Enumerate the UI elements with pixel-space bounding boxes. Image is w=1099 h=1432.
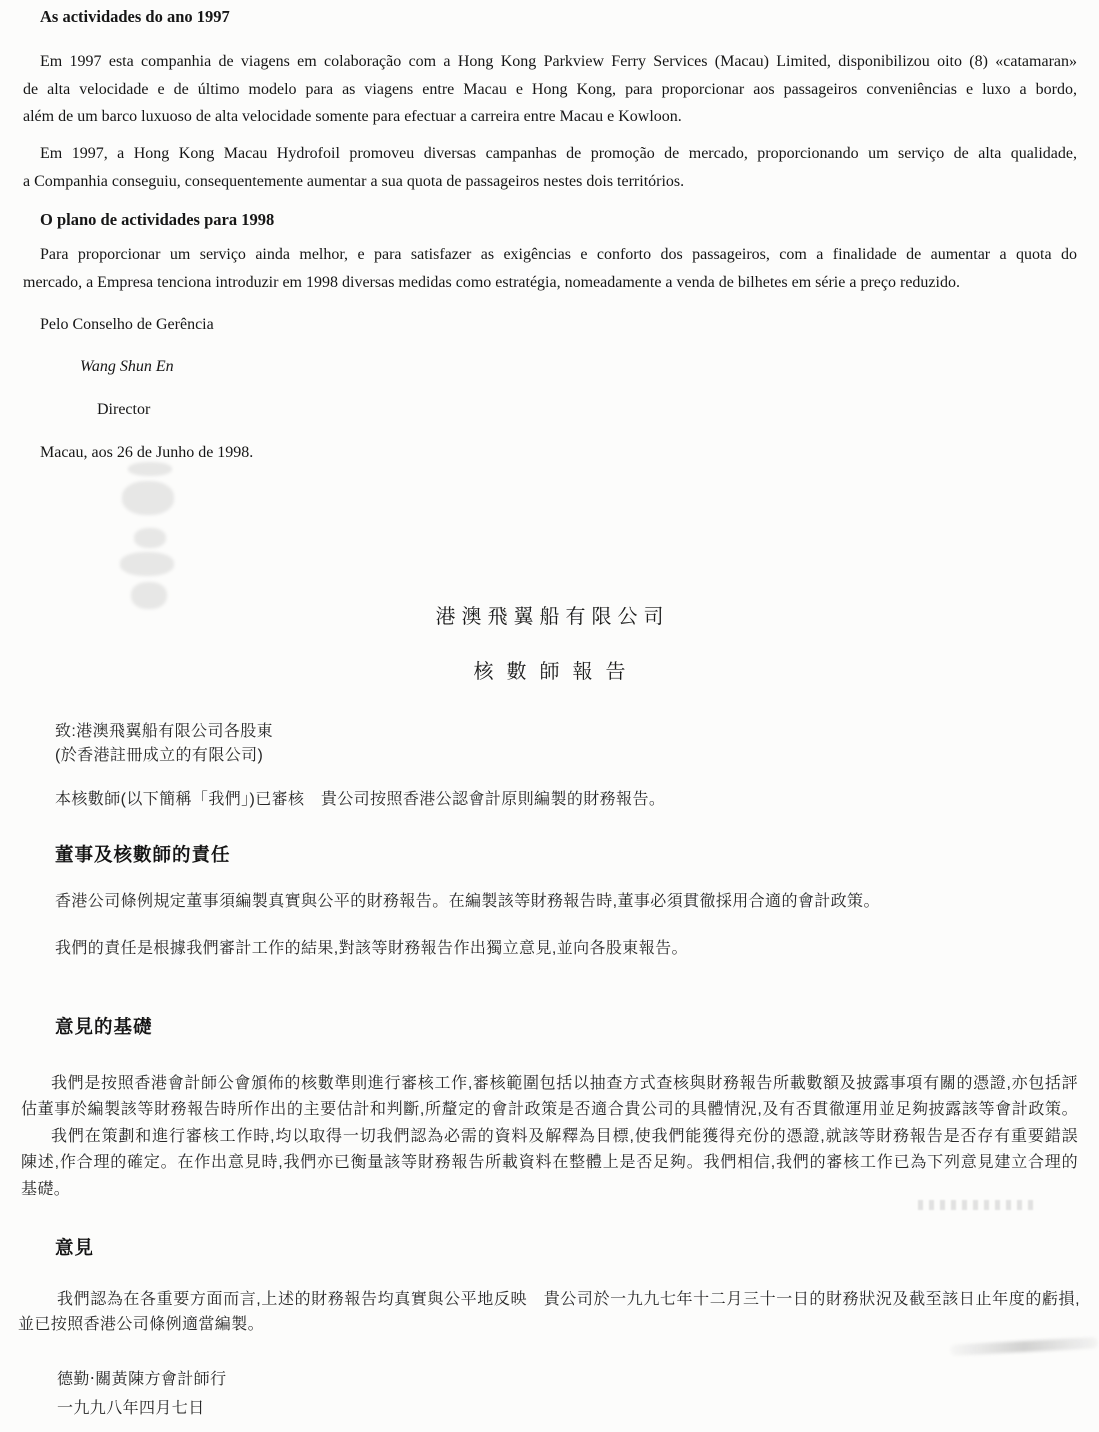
zh-basis-p1: 我們是按照香港會計師公會頒佈的核數準則進行審核工作,審核範圍包括以抽查方式查核與…: [21, 1071, 1078, 1124]
zh-basis-p1-line-2: 估董事於編製該等財務報告時所作出的主要估計和判斷,所釐定的會計政策是否適合貴公司…: [21, 1097, 1078, 1123]
zh-heading-basis-of-opinion: 意見的基礎: [55, 1015, 153, 1039]
zh-basis-paragraphs: 我們是按照香港會計師公會頒佈的核數準則進行審核工作,審核範圍包括以抽查方式查核與…: [21, 1071, 1078, 1203]
scan-artifact-smudge-2: [122, 481, 174, 515]
zh-heading-responsibilities: 董事及核數師的責任: [55, 843, 231, 867]
pt-p2-line-2: a Companhia conseguiu, consequentemente …: [23, 168, 1077, 196]
scan-artifact-streak: [950, 1337, 1098, 1356]
pt-p3-line-2: mercado, a Empresa tenciona introduzir e…: [23, 269, 1077, 297]
pt-heading-activities-1997: As actividades do ano 1997: [40, 3, 230, 31]
pt-signature-title: Director: [97, 396, 150, 424]
zh-basis-p2: 我們在策劃和進行審核工作時,均以取得一切我們認為必需的資料及解釋為目標,使我們能…: [21, 1124, 1078, 1203]
pt-heading-plan-1998: O plano de actividades para 1998: [40, 206, 274, 234]
pt-p3-line-1: Para proporcionar um serviço ainda melho…: [23, 241, 1077, 269]
pt-signature-name: Wang Shun En: [80, 353, 174, 381]
zh-responsibilities-p1: 香港公司條例規定董事須編製真實與公平的財務報告。在編製該等財務報告時,董事必須貫…: [55, 890, 880, 914]
pt-p1-line-1: Em 1997 esta companhia de viagens em col…: [23, 48, 1077, 76]
zh-audit-firm: 德勤‧關黃陳方會計師行: [57, 1368, 227, 1392]
zh-addressee: 致:港澳飛翼船有限公司各股東: [55, 720, 273, 744]
zh-intro-paragraph: 本核數師(以下簡稱「我們」)已審核 貴公司按照香港公認會計原則編製的財務報告。: [55, 788, 665, 812]
zh-responsibilities-p2: 我們的責任是根據我們審計工作的結果,對該等財務報告作出獨立意見,並向各股東報告。: [55, 937, 688, 961]
zh-opinion-line-2: 並已按照香港公司條例適當編製。: [18, 1312, 1080, 1337]
scan-artifact-smudge-3: [134, 528, 166, 548]
zh-opinion-line-1: 我們認為在各重要方面而言,上述的財務報告均真實與公平地反映 貴公司於一九九七年十…: [18, 1287, 1080, 1312]
scan-artifact-smudge-4: [120, 552, 174, 576]
zh-basis-p1-line-1: 我們是按照香港會計師公會頒佈的核數準則進行審核工作,審核範圍包括以抽查方式查核與…: [21, 1071, 1078, 1097]
zh-opinion-paragraph: 我們認為在各重要方面而言,上述的財務報告均真實與公平地反映 貴公司於一九九七年十…: [18, 1287, 1080, 1337]
zh-company-title: 港澳飛翼船有限公司: [0, 605, 1099, 629]
scanned-report-page: { "portuguese": { "heading_1997": "As ac…: [0, 0, 1099, 1432]
zh-basis-p2-line-1: 我們在策劃和進行審核工作時,均以取得一切我們認為必需的資料及解釋為目標,使我們能…: [21, 1124, 1078, 1150]
pt-p2-line-1: Em 1997, a Hong Kong Macau Hydrofoil pro…: [23, 140, 1077, 168]
zh-basis-p2-line-2: 陳述,作合理的確定。在作出意見時,我們亦已衡量該等財務報告所載資料在整體上是否足…: [21, 1150, 1078, 1176]
zh-report-date: 一九九八年四月七日: [57, 1397, 205, 1421]
scan-artifact-smudge-5: [131, 582, 167, 609]
zh-report-title: 核數師報告: [0, 660, 1099, 684]
pt-paragraph-3: Para proporcionar um serviço ainda melho…: [23, 241, 1077, 296]
scan-artifact-smudge-1: [128, 462, 172, 476]
pt-paragraph-1: Em 1997 esta companhia de viagens em col…: [23, 48, 1077, 131]
pt-signature-by-board: Pelo Conselho de Gerência: [40, 311, 214, 339]
pt-paragraph-2: Em 1997, a Hong Kong Macau Hydrofoil pro…: [23, 140, 1077, 195]
zh-incorporation-note: (於香港註冊成立的有限公司): [55, 744, 263, 768]
zh-heading-opinion: 意見: [55, 1236, 94, 1260]
pt-p1-line-2: de alta velocidade e de último modelo pa…: [23, 76, 1077, 104]
pt-p1-line-3: além de um barco luxuoso de alta velocid…: [23, 103, 1077, 131]
scan-artifact-ghost-text: [918, 1200, 1036, 1210]
